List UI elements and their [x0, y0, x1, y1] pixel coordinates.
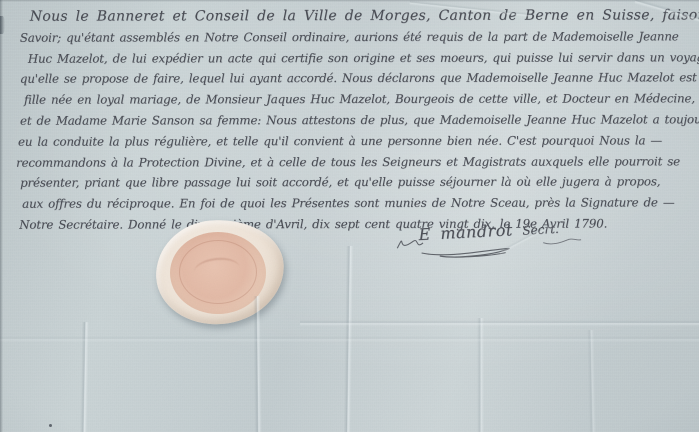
- text-line-3: Huc Mazelot, de lui expédier un acte qui…: [28, 47, 695, 69]
- text-line-4: qu'elle se propose de faire, lequel lui …: [20, 68, 695, 90]
- text-line-10: aux offres du réciproque. En foi de quoi…: [22, 192, 695, 214]
- seal-wax-impression: [170, 232, 266, 314]
- text-line-8: recommandons à la Protection Divine, et …: [16, 151, 695, 173]
- ink-fleck: [49, 424, 52, 427]
- manuscript-photo: Nous le Banneret et Conseil de la Ville …: [0, 0, 699, 432]
- photo-edge: [0, 0, 699, 2]
- text-line-1: Nous le Banneret et Conseil de la Ville …: [30, 5, 695, 27]
- text-line-2: Savoir; qu'étant assemblés en Notre Cons…: [20, 26, 695, 48]
- fold-crease: [253, 296, 261, 432]
- text-line-7: eu la conduite la plus régulière, et tel…: [18, 130, 695, 152]
- text-line-9: présenter, priant que libre passage lui …: [20, 172, 695, 194]
- fold-crease: [0, 336, 699, 342]
- wafer-seal: [156, 220, 284, 324]
- text-line-6: et de Madame Marie Sanson sa femme: Nous…: [20, 109, 695, 131]
- photo-edge: [0, 0, 3, 432]
- text-line-5: fille née en loyal mariage, de Monsieur …: [24, 88, 695, 110]
- document-text: Nous le Banneret et Conseil de la Ville …: [20, 5, 695, 235]
- fold-crease: [300, 320, 699, 326]
- photo-edge-mark: [0, 16, 5, 34]
